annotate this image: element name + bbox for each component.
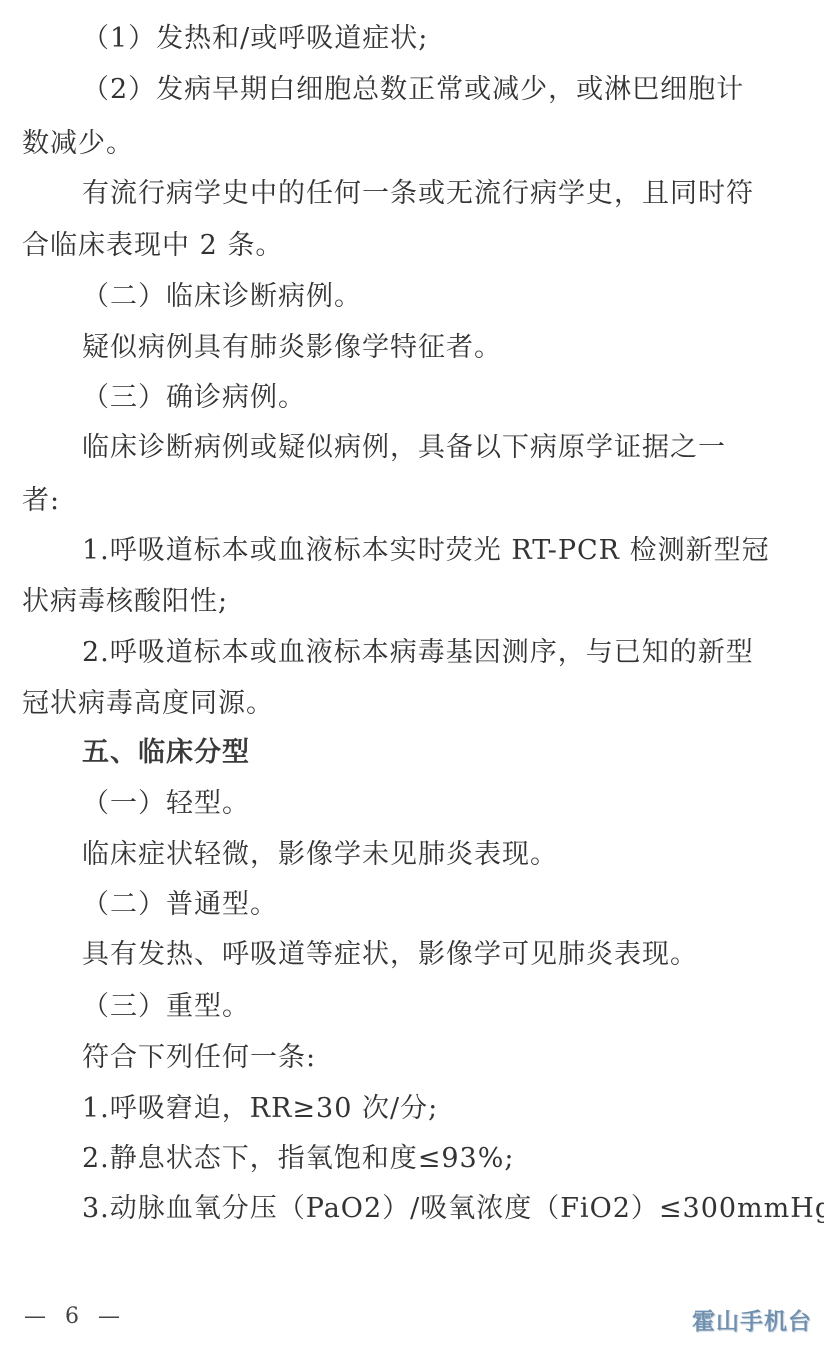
text-line: （三）重型。 <box>82 990 250 1024</box>
text-line: 数减少。 <box>22 127 134 161</box>
text-line: （一）轻型。 <box>82 787 250 821</box>
text-line: （二）普通型。 <box>82 888 278 922</box>
text-line: 临床症状轻微，影像学未见肺炎表现。 <box>82 838 558 872</box>
text-line: 具有发热、呼吸道等症状，影像学可见肺炎表现。 <box>82 938 698 972</box>
text-line: 1.呼吸窘迫，RR≥30 次/分; <box>82 1092 438 1126</box>
text-line: 2.静息状态下，指氧饱和度≤93%; <box>82 1142 515 1176</box>
text-line: 合临床表现中 2 条。 <box>22 229 283 263</box>
text-line: 者: <box>22 484 60 518</box>
text-line: （2）发病早期白细胞总数正常或减少，或淋巴细胞计 <box>82 73 744 107</box>
section-heading: 五、临床分型 <box>82 736 250 770</box>
text-line: 1.呼吸道标本或血液标本实时荧光 RT-PCR 检测新型冠 <box>82 534 770 568</box>
text-line: （三）确诊病例。 <box>82 381 306 415</box>
text-line: 符合下列任何一条: <box>82 1041 316 1075</box>
text-line: （二）临床诊断病例。 <box>82 280 362 314</box>
text-line: 状病毒核酸阳性; <box>22 585 228 619</box>
watermark-logo: 霍山手机台 <box>692 1303 812 1336</box>
text-line: 3.动脉血氧分压（PaO2）/吸氧浓度（FiO2）≤300mmHg <box>82 1192 824 1226</box>
page-number: — 6 — <box>24 1304 126 1329</box>
text-line: 2.呼吸道标本或血液标本病毒基因测序，与已知的新型 <box>82 636 754 670</box>
text-line: 有流行病学史中的任何一条或无流行病学史，且同时符 <box>82 177 754 211</box>
text-line: （1）发热和/或呼吸道症状; <box>82 22 428 56</box>
text-line: 临床诊断病例或疑似病例，具备以下病原学证据之一 <box>82 431 726 465</box>
text-line: 疑似病例具有肺炎影像学特征者。 <box>82 331 502 365</box>
text-line: 冠状病毒高度同源。 <box>22 687 274 721</box>
